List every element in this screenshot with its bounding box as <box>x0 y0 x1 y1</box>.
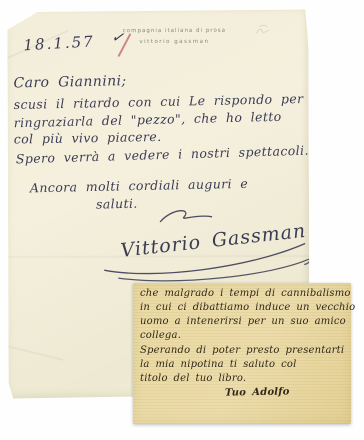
card-line: titolo del tuo libro. <box>140 373 246 384</box>
note-card: che malgrado i tempi di cannibalismo in … <box>133 283 351 424</box>
letter-line: Ancora molti cordiali auguri e <box>30 176 248 196</box>
pencil-smudge <box>253 24 275 38</box>
card-line: collega. <box>140 330 181 341</box>
card-line: uomo a intenerirsi per un suo amico <box>140 316 346 327</box>
letter-line: col più vivo piacere. <box>14 129 162 147</box>
letter-line: ringraziarla del "pezzo", che ho letto <box>14 109 282 131</box>
card-line: la mia nipotina ti saluto col <box>140 359 296 370</box>
printed-letterhead: compagnia italiana di prosa vittorio gas… <box>119 28 229 45</box>
letter-line: Spero verrà a vedere i nostri spettacoli… <box>16 143 309 167</box>
letter-photo: 18.1.57 ✓ compagnia italiana di prosa vi… <box>0 0 364 440</box>
letter-date: 18.1.57 <box>23 32 95 54</box>
letterhead-name: vittorio gassman <box>119 39 229 45</box>
adolfo-signature: Tuo Adolfo <box>225 386 290 398</box>
card-line: che malgrado i tempi di cannibalismo <box>140 288 351 299</box>
card-line: in cui ci dibattiamo induce un vecchio <box>140 302 355 313</box>
crease-line <box>5 345 64 360</box>
card-line: Sperando di poter presto presentarti <box>140 345 344 356</box>
letter-line: Caro Giannini; <box>13 73 126 91</box>
letterhead-company: compagnia italiana di prosa <box>119 28 229 34</box>
